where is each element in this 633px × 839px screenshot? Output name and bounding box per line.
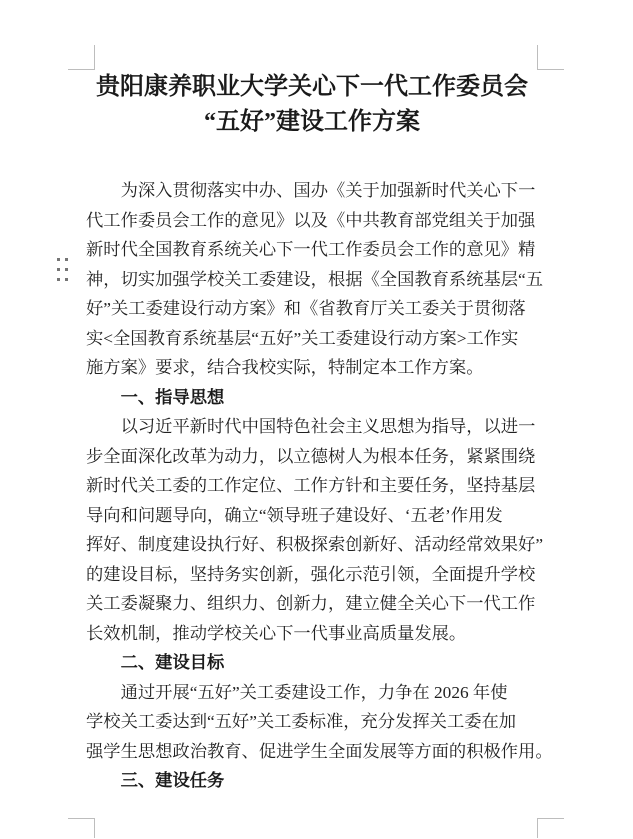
- section-heading-1-guiding-ideology: 一、指导思想: [86, 383, 558, 413]
- document-content: 贵阳康养职业大学关心下一代工作委员会 “五好”建设工作方案 为深入贯彻落实中办、…: [86, 70, 558, 796]
- dot: [57, 258, 60, 261]
- crop-mark-top-right-icon: [537, 45, 564, 70]
- crop-mark-bottom-left-icon: [68, 818, 95, 838]
- section-heading-2-construction-goals: 二、建设目标: [86, 648, 558, 678]
- paragraph-guiding-ideology: 以习近平新时代中国特色社会主义思想为指导，以进一 步全面深化改革为动力，以立德树…: [86, 412, 558, 648]
- paragraph-intro: 为深入贯彻落实中办、国办《关于加强新时代关心下一 代工作委员会工作的意见》以及《…: [86, 176, 558, 383]
- crop-mark-bottom-right-icon: [537, 818, 564, 838]
- dot: [57, 268, 60, 271]
- document-title: 贵阳康养职业大学关心下一代工作委员会 “五好”建设工作方案: [86, 70, 538, 140]
- drag-handle-dots-icon[interactable]: [57, 258, 68, 281]
- dot: [65, 268, 68, 271]
- section-heading-3-construction-tasks: 三、建设任务: [86, 766, 558, 796]
- crop-mark-top-left-icon: [68, 45, 95, 70]
- dot: [57, 278, 60, 281]
- document-page: 贵阳康养职业大学关心下一代工作委员会 “五好”建设工作方案 为深入贯彻落实中办、…: [0, 0, 633, 839]
- paragraph-construction-goals: 通过开展“五好”关工委建设工作，力争在 2026 年使 学校关工委达到“五好”关…: [86, 678, 558, 767]
- dot: [65, 278, 68, 281]
- dot: [65, 258, 68, 261]
